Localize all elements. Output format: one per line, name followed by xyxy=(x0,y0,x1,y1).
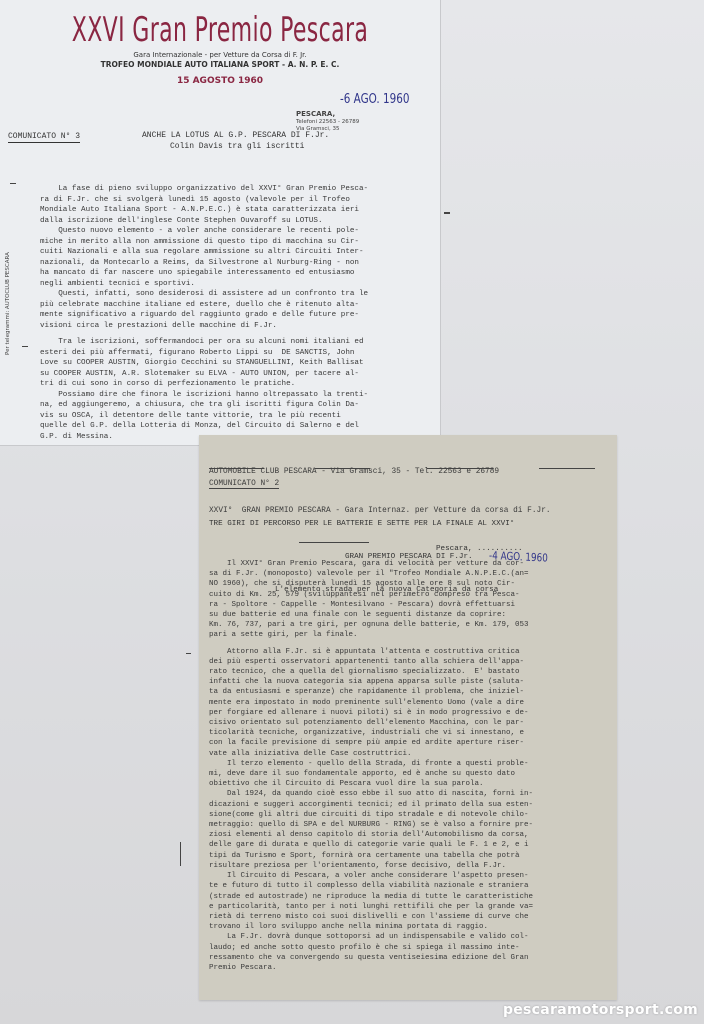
letterhead-race-date: 15 AGOSTO 1960 xyxy=(0,76,440,86)
margin-mark xyxy=(22,346,28,347)
text-line: vate alla iniziativa delle Case costrutt… xyxy=(209,749,609,759)
text-line: obiettivo che il Circuito di Pescara vuo… xyxy=(209,779,609,789)
text-line: mente significativo a riguardo del raggi… xyxy=(40,310,440,321)
text-line: dei più esperti osservatori appartenenti… xyxy=(209,657,609,667)
text-line: Questi, infatti, sono desiderosi di assi… xyxy=(40,289,440,300)
underline xyxy=(315,468,370,469)
text-line: Love su COOPER AUSTIN, Giorgio Cecchini … xyxy=(40,358,440,369)
text-line: sa di F.Jr. (monoposto) valevole per il … xyxy=(209,569,609,579)
text-line: rietà di terreno misto coi suoi dislivel… xyxy=(209,912,609,922)
margin-mark xyxy=(10,183,16,184)
address-phones: Telefoni 22563 - 26789 xyxy=(296,119,359,126)
text-line: (strade ed autostrade) ne riproduce la m… xyxy=(209,892,609,902)
text-line: Tra le iscrizioni, soffermandoci per ora… xyxy=(40,337,440,348)
text-line: su due batterie ed una finale con le seg… xyxy=(209,610,609,620)
text-line: esteri dei più affermati, figurano Rober… xyxy=(40,348,440,359)
communique-2-body: Il XXVI° Gran Premio Pescara, gara di ve… xyxy=(209,559,609,973)
text-line: Dal 1924, da quando cioè esso ebbe il su… xyxy=(209,789,609,799)
text-line: Mondiale Auto Italiana Sport - A.N.P.E.C… xyxy=(40,205,440,216)
text-line: Possiamo dire che finora le iscrizioni h… xyxy=(40,390,440,401)
text-line: na, ed aggiungeremo, a chiusura, che tra… xyxy=(40,400,440,411)
text-line: negli ambienti tecnici e sportivi. xyxy=(40,279,440,290)
text-line: visioni circa le prestazioni delle macch… xyxy=(40,321,440,332)
margin-mark xyxy=(180,842,181,866)
communique-3-body: La fase di pieno sviluppo organizzativo … xyxy=(40,184,440,442)
text-line: su COOPER AUSTIN, A.R. Slotemaker su ELV… xyxy=(40,369,440,380)
underline xyxy=(427,468,493,469)
separator-rule xyxy=(299,542,369,543)
text-line: e particolarità, tanto per i noti lunghi… xyxy=(209,902,609,912)
address-city: PESCARA, xyxy=(296,110,359,119)
headline-sub: Colin Davis tra gli iscritti xyxy=(142,141,329,152)
text-line: cisivo orientato sul potenziamento dell'… xyxy=(209,718,609,728)
letterhead: XXVI Gran Premio Pescara Gara Internazio… xyxy=(0,10,440,86)
communique-3-sheet: XXVI Gran Premio Pescara Gara Internazio… xyxy=(0,0,441,446)
margin-mark xyxy=(186,653,191,654)
paragraph-group-2: Attorno alla F.Jr. si è appuntata l'atte… xyxy=(209,647,609,974)
paragraph-group-2: Tra le iscrizioni, soffermandoci per ora… xyxy=(40,337,440,442)
communique-headline: ANCHE LA LOTUS AL G.P. PESCARA DI F.Jr. … xyxy=(142,130,329,152)
text-line: ra di F.Jr. che si svolgerà lunedì 15 ag… xyxy=(40,195,440,206)
text-line: quelle del G.P. della Lotteria di Monza,… xyxy=(40,421,440,432)
text-line: dicazioni e suggerì accorgimenti tecnici… xyxy=(209,800,609,810)
text-line: infatti che la nuova categoria sia appen… xyxy=(209,677,609,687)
text-line: con la facile previsione di sempre più a… xyxy=(209,738,609,748)
letterhead-trophy: TROFEO MONDIALE AUTO ITALIANA SPORT - A.… xyxy=(0,60,440,70)
text-line: dalla iscrizione dell'inglese Conte Step… xyxy=(40,216,440,227)
text-line: ticolarità tecniche, organizzative, indu… xyxy=(209,728,609,738)
communique-number: COMUNICATO N° 2 xyxy=(209,480,279,489)
underline xyxy=(539,468,595,469)
text-line: delle gare di durata e quello di categor… xyxy=(209,840,609,850)
text-line: pari a sette giri, per la finale. xyxy=(209,630,609,640)
communique-2-sheet: AUTOMOBILE CLUB PESCARA - Via Gramsci, 3… xyxy=(199,435,617,1000)
scrapbook-page: XXVI Gran Premio Pescara Gara Internazio… xyxy=(0,0,704,1024)
text-line: NO 1960), che si disputerà lunedì 15 ago… xyxy=(209,579,609,589)
text-line: cuiti Nazionali e alla sua regolare ammi… xyxy=(40,247,440,258)
text-line: mi, deve dare il suo fondamentale apport… xyxy=(209,769,609,779)
text-line: tipi da Turismo e Sport, fornirà ora cer… xyxy=(209,851,609,861)
text-line: vis su OSCA, il detentore delle tante vi… xyxy=(40,411,440,422)
text-line: metraggio: quello di SPA e del NURBURG -… xyxy=(209,820,609,830)
letterhead-subtitle: Gara Internazionale - per Vetture da Cor… xyxy=(0,50,440,60)
vertical-telegram-note: Per telegrammi: AUTOCLUB PESCARA xyxy=(5,252,11,355)
text-line: Attorno alla F.Jr. si è appuntata l'atte… xyxy=(209,647,609,657)
text-line: te e futuro di tutto il complesso della … xyxy=(209,881,609,891)
communique-number: COMUNICATO N° 3 xyxy=(8,132,80,143)
text-line: Km. 76, 737, pari a tre giri, per ognuna… xyxy=(209,620,609,630)
text-line: più celebrate macchine italiane ed ester… xyxy=(40,300,440,311)
text-line: ra - Spoltore - Cappelle - Montesilvano … xyxy=(209,600,609,610)
text-line: laudo; ed anche sotto questo profilo è c… xyxy=(209,943,609,953)
text-line: nazionali, da Montecarlo a Reims, da Sil… xyxy=(40,258,440,269)
letterhead-title: XXVI Gran Premio Pescara xyxy=(62,10,379,50)
site-watermark: pescaramotorsport.com xyxy=(503,1002,698,1018)
text-line: ziosi elementi al denso capitolo di stor… xyxy=(209,830,609,840)
text-line: risultare preziosa per l'orientamento, f… xyxy=(209,861,609,871)
text-line: trovano il loro sviluppo anche nella min… xyxy=(209,922,609,932)
text-line: ta da entusiasmi e speranze) che rapidam… xyxy=(209,687,609,697)
text-line: ha mancato di far nascere uno spiegabile… xyxy=(40,268,440,279)
headline-line-1: TRE GIRI DI PERCORSO PER LE BATTERIE E S… xyxy=(209,519,514,530)
text-line: rato tecnico, che a quella del giornalis… xyxy=(209,667,609,677)
text-line: La fase di pieno sviluppo organizzativo … xyxy=(40,184,440,195)
paragraph-group-1: La fase di pieno sviluppo organizzativo … xyxy=(40,184,440,331)
text-line: miche in merito alla non ammissione di q… xyxy=(40,237,440,248)
text-line: cuito di Km. 25, 579 (sviluppantesi nel … xyxy=(209,590,609,600)
underline xyxy=(209,468,264,469)
headline-main: ANCHE LA LOTUS AL G.P. PESCARA DI F.Jr. xyxy=(142,130,329,141)
text-line: Il XXVI° Gran Premio Pescara, gara di ve… xyxy=(209,559,609,569)
text-line: tri di cui sono in corso di perfezioname… xyxy=(40,379,440,390)
paragraph-group-1: Il XXVI° Gran Premio Pescara, gara di ve… xyxy=(209,559,609,641)
text-line: Il terzo elemento - quello della Strada,… xyxy=(209,759,609,769)
date-stamp: -6 AGO. 1960 xyxy=(340,92,410,107)
text-line: Questo nuovo elemento - a voler anche co… xyxy=(40,226,440,237)
text-line: per forgiare ed allenare i nuovi piloti)… xyxy=(209,708,609,718)
text-line: sione(come gli altri due circuiti di tip… xyxy=(209,810,609,820)
text-line: mente era impostato in modo preminente s… xyxy=(209,698,609,708)
margin-mark xyxy=(444,212,450,214)
text-line: Il Circuito di Pescara, a voler anche co… xyxy=(209,871,609,881)
text-line: La F.Jr. dovrà dunque sottoporsi ad un i… xyxy=(209,932,609,942)
text-line: ressamento che va convergendo su questa … xyxy=(209,953,609,963)
text-line: Premio Pescara. xyxy=(209,963,609,973)
